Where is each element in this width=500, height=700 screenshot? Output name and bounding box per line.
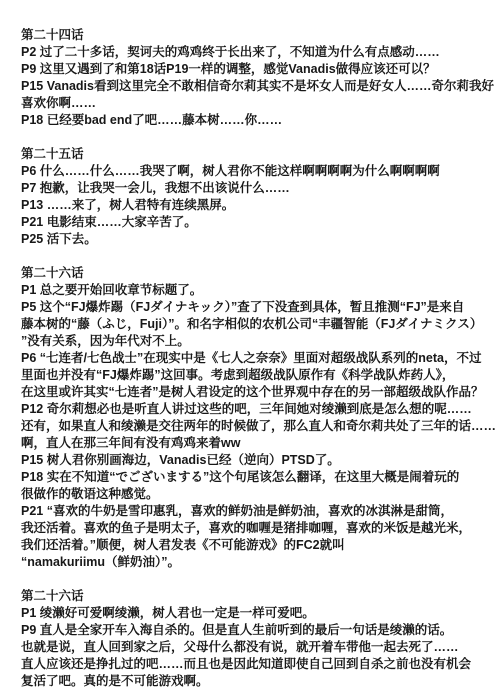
note-line: P5 这个“FJ爆炸踢（FJダイナキック）”查了下没查到具体，暂且推测“FJ”是… (21, 299, 498, 316)
note-line: ”没有关系，因为年代对不上。 (21, 333, 498, 350)
note-line: P1 总之要开始回收章节标题了。 (21, 282, 498, 299)
note-line: 我还活着。喜欢的鱼子是明太子，喜欢的咖喱是猪排咖喱，喜欢的米饭是越光米， (21, 520, 498, 537)
note-line: P21 “喜欢的牛奶是雪印惠乳，喜欢的鲜奶油是鲜奶油，喜欢的冰淇淋是甜筒， (21, 503, 498, 520)
note-line: P15 树人君你别画海边，Vanadis已经（逆向）PTSD了。 (21, 452, 498, 469)
note-line: P18 实在不知道“でございまする”这个句尾该怎么翻译，在这里大概是闹着玩的 (21, 469, 498, 486)
note-line: 复活了吧。真的是不可能游戏啊。 (21, 673, 498, 690)
chapter-section: 第二十四话P2 过了二十多话，契诃夫的鸡鸡终于长出来了，不知道为什么有点感动……… (21, 27, 498, 129)
chapter-section: 第二十六话P1 绫濑好可爱啊绫濑，树人君也一定是一样可爱吧。P9 直人是全家开车… (21, 588, 498, 690)
note-line: P7 抱歉，让我哭一会儿，我想不出该说什么…… (21, 180, 498, 197)
note-line: P9 直人是全家开车入海自杀的。但是直人生前听到的最后一句话是绫濑的话。 (21, 622, 498, 639)
note-line: 也就是说，直人回到家之后，父母什么都没有说，就开着车带他一起去死了…… (21, 639, 498, 656)
note-line: P6 什么……什么……我哭了啊，树人君你不能这样啊啊啊啊为什么啊啊啊啊 (21, 163, 498, 180)
note-line: 喜欢你啊…… (21, 95, 498, 112)
note-line: 藤本树的“藤（ふじ，Fuji）”。和名字相似的农机公司“丰疆智能（FJダイナミク… (21, 316, 498, 333)
note-line: P9 这里又遇到了和第18话P19一样的调整，感觉Vanadis做得应该还可以？ (21, 61, 498, 78)
note-line: P13 ……来了，树人君特有连续黑屏。 (21, 197, 498, 214)
note-line: P2 过了二十多话，契诃夫的鸡鸡终于长出来了，不知道为什么有点感动…… (21, 44, 498, 61)
chapter-heading: 第二十六话 (21, 265, 498, 282)
chapter-heading: 第二十六话 (21, 588, 498, 605)
note-line: 在这里或许其实“七连者”是树人君设定的这个世界观中存在的另一部超级战队作品？ (21, 384, 498, 401)
note-line: “namakuriimu（鲜奶油）”。 (21, 554, 498, 571)
note-line: 还有，如果直人和绫濑是交往两年的时候做了，那么直人和奇尔莉共处了三年的话…… (21, 418, 498, 435)
note-line: P21 电影结束……大家辛苦了。 (21, 214, 498, 231)
chapter-heading: 第二十五话 (21, 146, 498, 163)
notes-document: 第二十四话P2 过了二十多话，契诃夫的鸡鸡终于长出来了，不知道为什么有点感动……… (0, 0, 500, 700)
note-line: 里面也并没有“FJ爆炸踢”这回事。考虑到超级战队原作有《科学战队炸药人》， (21, 367, 498, 384)
note-line: 我们还活着。”顺便，树人君发表《不可能游戏》的FC2就叫 (21, 537, 498, 554)
note-line: 很做作的敬语这种感觉。 (21, 486, 498, 503)
note-line: P18 已经要bad end了吧……藤本树……你…… (21, 112, 498, 129)
note-line: P1 绫濑好可爱啊绫濑，树人君也一定是一样可爱吧。 (21, 605, 498, 622)
note-line: P12 奇尔莉想必也是听直人讲过这些的吧，三年间她对绫濑到底是怎么想的呢…… (21, 401, 498, 418)
chapter-section: 第二十五话P6 什么……什么……我哭了啊，树人君你不能这样啊啊啊啊为什么啊啊啊啊… (21, 146, 498, 248)
chapter-sections: 第二十四话P2 过了二十多话，契诃夫的鸡鸡终于长出来了，不知道为什么有点感动……… (21, 27, 498, 690)
chapter-heading: 第二十四话 (21, 27, 498, 44)
note-line: 啊，直人在那三年间有没有鸡鸡来着ww (21, 435, 498, 452)
chapter-section: 第二十六话P1 总之要开始回收章节标题了。P5 这个“FJ爆炸踢（FJダイナキッ… (21, 265, 498, 571)
note-line: P6 “七连者/七色战士”在现实中是《七人之奈奈》里面对超级战队系列的neta，… (21, 350, 498, 367)
note-line: P15 Vanadis看到这里完全不敢相信奇尔莉其实不是坏女人而是好女人……奇尔… (21, 78, 498, 95)
note-line: P25 活下去。 (21, 231, 498, 248)
note-line: 直人应该还是挣扎过的吧……而且也是因此知道即使自己回到自杀之前也没有机会 (21, 656, 498, 673)
